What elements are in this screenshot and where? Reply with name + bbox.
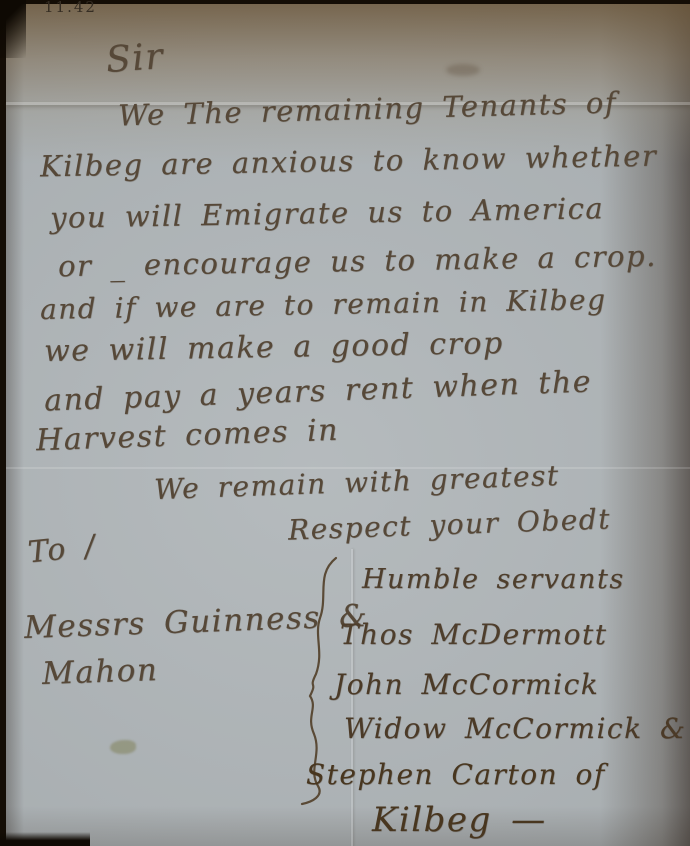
letter-page: 11.42 Sir We The remaining Tenants of Ki… bbox=[6, 4, 690, 846]
body-line: we will make a good crop bbox=[44, 326, 504, 369]
body-line: and if we are to remain in Kilbeg bbox=[40, 283, 607, 326]
signature-line: John McCormick bbox=[334, 668, 599, 701]
body-line: Harvest comes in bbox=[35, 413, 339, 459]
backdrop-corner bbox=[0, 832, 90, 846]
signature-line: Widow McCormick & bbox=[344, 712, 686, 745]
salutation: Sir bbox=[105, 36, 166, 81]
body-line: and pay a years rent when the bbox=[44, 364, 593, 418]
photo-background: 11.42 Sir We The remaining Tenants of Ki… bbox=[0, 0, 690, 846]
signature-line: Thos McDermott bbox=[340, 618, 608, 651]
body-line: or _ encourage us to make a crop. bbox=[58, 239, 657, 283]
paper-stain bbox=[446, 64, 480, 76]
closing-line: Respect your Obedt bbox=[288, 502, 612, 546]
paper-stain bbox=[110, 740, 136, 754]
signature-line: Stephen Carton of bbox=[306, 758, 606, 791]
body-line: We The remaining Tenants of bbox=[118, 85, 618, 132]
address-line: To / bbox=[26, 529, 98, 571]
signature-line: Humble servants bbox=[362, 564, 625, 595]
body-line: you will Emigrate us to America bbox=[50, 191, 605, 235]
body-line: Kilbeg are anxious to know whether bbox=[40, 139, 658, 184]
archival-annotation: 11.42 bbox=[44, 0, 97, 16]
signature-line: Kilbeg — bbox=[372, 800, 547, 840]
address-line: Mahon bbox=[41, 652, 159, 692]
closing-line: We remain with greatest bbox=[154, 459, 561, 506]
backdrop-corner bbox=[0, 0, 26, 58]
